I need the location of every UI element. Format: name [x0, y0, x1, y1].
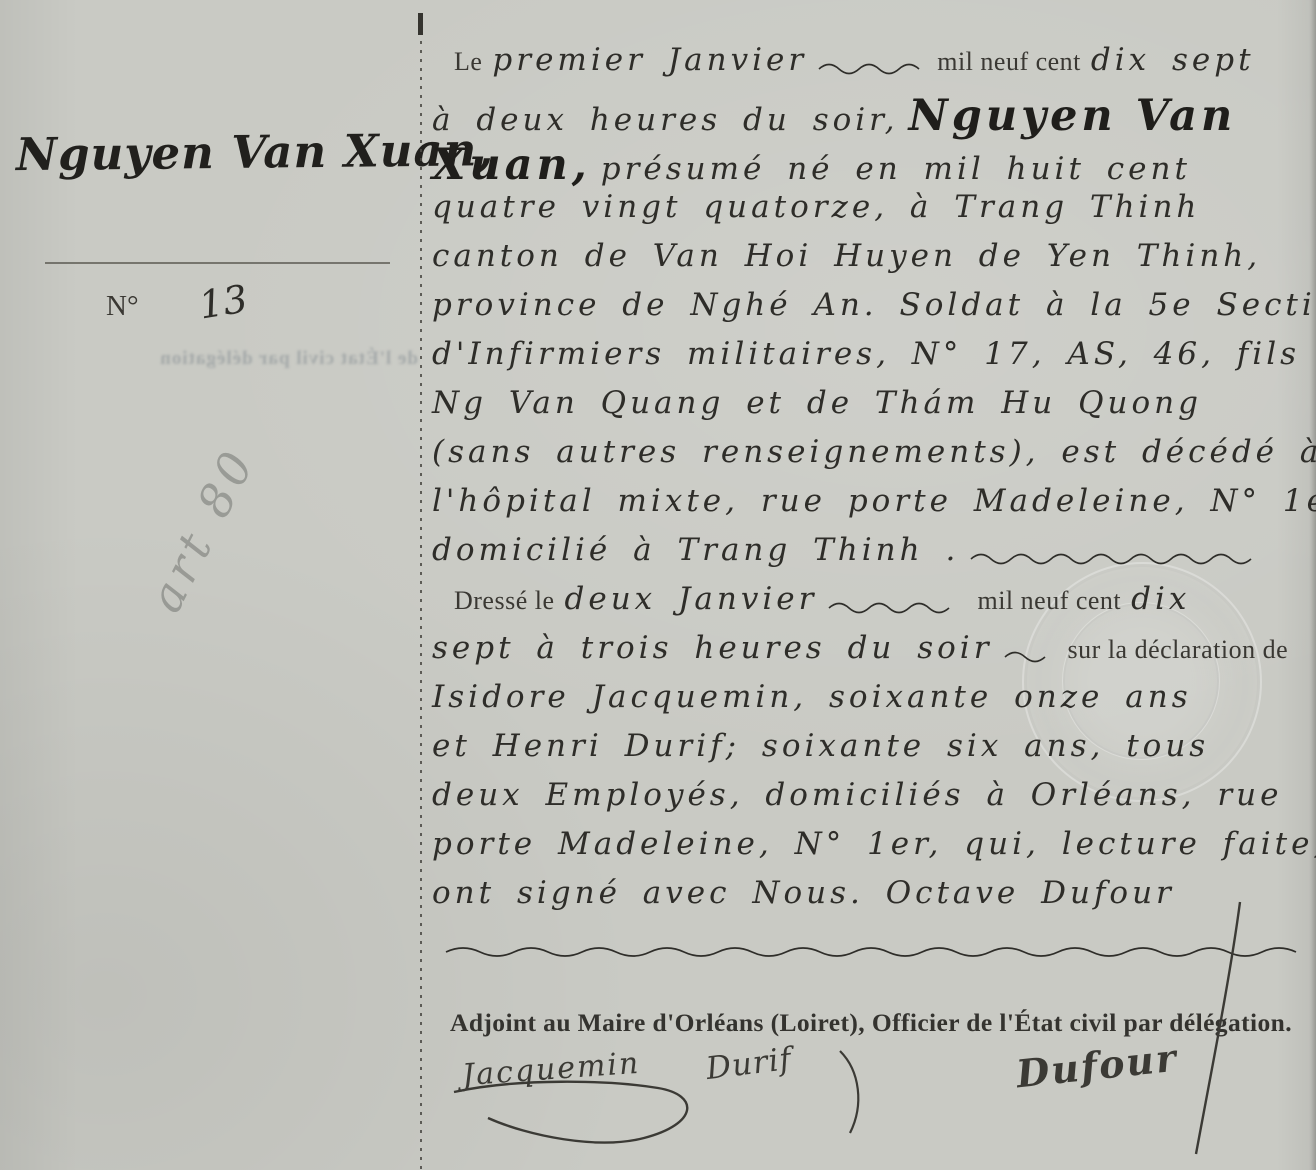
body-line: Dressé ledeux Janviermil neuf centdix	[432, 581, 1316, 630]
page-right-edge	[1309, 0, 1316, 1170]
handwritten-text: ont signé avec Nous. Octave Dufour	[432, 875, 1175, 911]
printed-text: Dressé le	[454, 586, 555, 616]
printed-text: mil neuf cent	[977, 586, 1121, 616]
handwritten-text: quatre vingt quatorze, à Trang Thinh	[432, 189, 1200, 225]
handwritten-text: deux Employés, domiciliés à Orléans, rue	[432, 777, 1282, 813]
act-number-value: 13	[195, 276, 250, 327]
handwritten-text: présumé né en mil huit cent	[601, 151, 1191, 187]
handwritten-text: d'Infirmiers militaires, N° 17, AS, 46, …	[432, 336, 1316, 372]
printed-text: mil neuf cent	[937, 47, 1081, 77]
printed-text: sur la déclaration de	[1068, 635, 1289, 665]
body-line: Xuan,présumé né en mil huit cent	[432, 140, 1316, 189]
signature-durif-flourish	[820, 1045, 890, 1145]
handwritten-text: Ng Van Quang et de Thám Hu Quong	[432, 385, 1202, 421]
body-line: ont signé avec Nous. Octave Dufour	[432, 875, 1316, 924]
margin-separator-dotted-line	[420, 14, 422, 1170]
handwritten-text: (sans autres renseignements), est décédé…	[432, 434, 1316, 470]
closing-flourish-line	[442, 938, 1308, 962]
body-line: sept à trois heures du soirsur la déclar…	[432, 630, 1316, 679]
body-line: Lepremier Janviermil neuf centdix sept	[432, 42, 1316, 91]
act-number: N° 13	[106, 280, 247, 324]
body-lines: Lepremier Janviermil neuf centdix septà …	[432, 42, 1316, 924]
handwritten-text: deux Janvier	[565, 581, 818, 617]
body-line: quatre vingt quatorze, à Trang Thinh	[432, 189, 1316, 238]
signature-dufour: Dufour	[1014, 1035, 1180, 1097]
handwritten-text: province de Nghé An. Soldat à la 5e Sect…	[432, 287, 1316, 323]
body-line: province de Nghé An. Soldat à la 5e Sect…	[432, 287, 1316, 336]
signature-jacquemin: Jacquemin	[461, 1046, 641, 1093]
act-body-text: Lepremier Janviermil neuf centdix septà …	[432, 42, 1316, 962]
body-line: (sans autres renseignements), est décédé…	[432, 434, 1316, 483]
separator-top-dash	[418, 13, 423, 35]
handwritten-text: à deux heures du soir,	[432, 102, 898, 138]
handwritten-text: porte Madeleine, N° 1er, qui, lecture fa…	[432, 826, 1316, 862]
body-line: Ng Van Quang et de Thám Hu Quong	[432, 385, 1316, 434]
filler-squiggle	[969, 548, 1269, 566]
body-line: deux Employés, domiciliés à Orléans, rue	[432, 777, 1316, 826]
body-line: domicilié à Trang Thinh .	[432, 532, 1316, 581]
handwritten-text: dix	[1131, 581, 1190, 617]
body-line: l'hôpital mixte, rue porte Madeleine, N°…	[432, 483, 1316, 532]
body-line: à deux heures du soir,Nguyen Van	[432, 91, 1316, 140]
handwritten-text: Isidore Jacquemin, soixante onze ans	[432, 679, 1192, 715]
handwritten-text: dix sept	[1091, 42, 1255, 78]
handwritten-text: Nguyen Van	[908, 91, 1236, 141]
handwritten-text: l'hôpital mixte, rue porte Madeleine, N°…	[432, 483, 1316, 519]
handwritten-text: premier Janvier	[492, 42, 807, 78]
body-line: Isidore Jacquemin, soixante onze ans	[432, 679, 1316, 728]
officer-title-printed: Adjoint au Maire d'Orléans (Loiret), Off…	[450, 1008, 1290, 1038]
body-line: et Henri Durif; soixante six ans, tous	[432, 728, 1316, 777]
body-line: porte Madeleine, N° 1er, qui, lecture fa…	[432, 826, 1316, 875]
handwritten-text: Xuan,	[432, 140, 591, 190]
filler-squiggle	[817, 58, 927, 76]
ink-bleedthrough-text: de l'État civil par délégation	[58, 348, 418, 370]
margin-divider-line	[45, 262, 390, 264]
pencil-annotation: art 80	[138, 438, 266, 620]
signature-durif: Durif	[704, 1041, 794, 1087]
handwritten-text: domicilié à Trang Thinh .	[432, 532, 959, 568]
body-line: d'Infirmiers militaires, N° 17, AS, 46, …	[432, 336, 1316, 385]
filler-squiggle	[1003, 646, 1058, 664]
filler-squiggle	[827, 597, 967, 615]
body-line: canton de Van Hoi Huyen de Yen Thinh,	[432, 238, 1316, 287]
death-certificate-scan: Nguyen Van Xuan, N° 13 art 80 de l'État …	[0, 0, 1316, 1170]
handwritten-text: et Henri Durif; soixante six ans, tous	[432, 728, 1209, 764]
act-number-label: N°	[106, 290, 139, 322]
handwritten-text: canton de Van Hoi Huyen de Yen Thinh,	[432, 238, 1261, 274]
margin-deceased-name: Nguyen Van Xuan,	[16, 124, 427, 181]
handwritten-text: sept à trois heures du soir	[432, 630, 993, 666]
printed-text: Le	[454, 47, 482, 77]
